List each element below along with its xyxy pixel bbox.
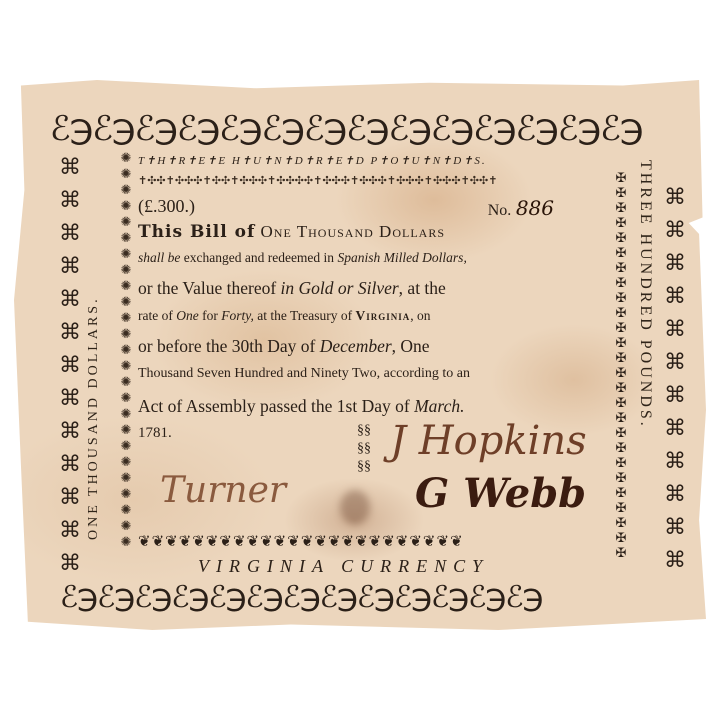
- cross-icon: ✠: [614, 245, 628, 260]
- text-segment: This Bill of: [138, 222, 255, 242]
- cross-icon: ✠: [614, 440, 628, 455]
- rosette-icon: ✺: [118, 198, 134, 214]
- rosette-icon: ✺: [118, 182, 134, 198]
- cross-icon: ✠: [614, 380, 628, 395]
- text-line: Thousand Seven Hundred and Ninety Two, a…: [138, 366, 614, 396]
- title-line: This Bill of One Thousand Dollars: [138, 222, 614, 250]
- text-line: shall be exchanged and redeemed in Spani…: [138, 250, 614, 278]
- text-segment: Act of Assembly passed the 1st Day of: [138, 396, 414, 416]
- ornament-icon: ⌘: [660, 246, 690, 279]
- ornament-icon: ⌘: [660, 411, 690, 444]
- currency-footer: VIRGINIA CURRENCY: [198, 556, 489, 577]
- cross-icon: ✠: [614, 320, 628, 335]
- ornament-icon: ⌘: [55, 381, 85, 414]
- rosette-icon: ✺: [118, 278, 134, 294]
- rosette-icon: ✺: [118, 390, 134, 406]
- ink-stain: [340, 490, 370, 525]
- ornament-icon: ⌘: [55, 480, 85, 513]
- text-segment: One Thousand Dollars: [261, 222, 445, 241]
- rosette-icon: ✺: [118, 166, 134, 182]
- text-segment: Spanish Milled Dollars,: [337, 250, 466, 265]
- rosette-icon: ✺: [118, 534, 134, 550]
- ornament-icon: ⌘: [55, 282, 85, 315]
- rosette-icon: ✺: [118, 342, 134, 358]
- rosette-icon: ✺: [118, 262, 134, 278]
- cross-icon: ✠: [614, 395, 628, 410]
- right-ornament-column: ⌘ ⌘ ⌘ ⌘ ⌘ ⌘ ⌘ ⌘ ⌘ ⌘ ⌘ ⌘: [660, 180, 690, 576]
- text-line: or before the 30th Day of December, One: [138, 336, 614, 366]
- ornament-icon: ⌘: [660, 477, 690, 510]
- ornament-icon: ⌘: [55, 546, 85, 579]
- fleuron-border-row: ❦❦❦❦❦❦❦❦❦❦❦❦❦❦❦❦❦❦❦❦❦❦❦❦: [138, 532, 614, 551]
- ornament-icon: ⌘: [660, 444, 690, 477]
- text-segment: Virginia: [355, 308, 410, 323]
- cross-icon: ✠: [614, 350, 628, 365]
- cross-icon: ✠: [614, 215, 628, 230]
- text-segment: One: [176, 308, 199, 323]
- scroll-ornament-icon: §§§§§§: [357, 422, 371, 476]
- cross-icon: ✠: [614, 485, 628, 500]
- text-segment: December: [320, 336, 392, 356]
- cross-icon: ✠: [614, 290, 628, 305]
- rosette-icon: ✺: [118, 150, 134, 166]
- signature-hopkins: J Hopkins: [390, 418, 587, 464]
- ornament-icon: ⌘: [55, 447, 85, 480]
- rosette-icon: ✺: [118, 518, 134, 534]
- rosette-icon: ✺: [118, 230, 134, 246]
- amount: (£.300.): [138, 196, 195, 222]
- text-segment: March.: [414, 396, 464, 416]
- top-ornamental-border: ℰ℈ℰ℈ℰ℈ℰ℈ℰ℈ℰ℈ℰ℈ℰ℈ℰ℈ℰ℈ℰ℈ℰ℈ℰ℈ℰ℈: [50, 108, 686, 150]
- ornament-icon: ⌘: [55, 414, 85, 447]
- text-segment: for: [199, 308, 222, 323]
- issue-year: 1781.: [138, 425, 172, 442]
- cross-icon: ✠: [614, 200, 628, 215]
- rosette-icon: ✺: [118, 294, 134, 310]
- text-segment: , One: [392, 336, 430, 356]
- ornament-icon: ⌘: [55, 348, 85, 381]
- text-segment: Forty,: [221, 308, 254, 323]
- cross-icon: ✠: [614, 500, 628, 515]
- text-segment: rate of: [138, 308, 176, 323]
- rosette-icon: ✺: [118, 374, 134, 390]
- cross-icon: ✠: [614, 530, 628, 545]
- rosette-icon: ✺: [118, 486, 134, 502]
- rosette-icon: ✺: [118, 246, 134, 262]
- rosette-icon: ✺: [118, 358, 134, 374]
- cross-icon: ✠: [614, 230, 628, 245]
- bottom-ornamental-border: ℰ℈ℰ℈ℰ℈ℰ℈ℰ℈ℰ℈ℰ℈ℰ℈ℰ℈ℰ℈ℰ℈ℰ℈ℰ℈: [60, 580, 690, 616]
- cross-icon: ✠: [614, 305, 628, 320]
- rosette-icon: ✺: [118, 214, 134, 230]
- cross-icon: ✠: [614, 410, 628, 425]
- ornament-icon: ⌘: [55, 315, 85, 348]
- ornament-icon: ⌘: [660, 213, 690, 246]
- rosette-icon: ✺: [118, 454, 134, 470]
- text-segment: or the Value thereof: [138, 278, 281, 298]
- cross-icon: ✠: [614, 275, 628, 290]
- serial-label: No.: [488, 202, 512, 219]
- text-segment: , on: [410, 308, 430, 323]
- left-vertical-denomination: ONE THOUSAND DOLLARS.: [86, 180, 102, 540]
- text-line: or the Value thereof in Gold or Silver, …: [138, 278, 614, 308]
- cross-icon: ✠: [614, 470, 628, 485]
- amount-row: (£.300.) No. 886: [138, 196, 614, 222]
- text-line: rate of One for Forty, at the Treasury o…: [138, 308, 614, 336]
- rosette-icon: ✺: [118, 310, 134, 326]
- ornament-icon: ⌘: [55, 513, 85, 546]
- text-segment: , at the: [399, 278, 446, 298]
- text-segment: or before the 30th Day of: [138, 336, 320, 356]
- text-segment: in Gold or Silver: [281, 278, 399, 298]
- cross-icon: ✠: [614, 335, 628, 350]
- rosette-icon: ✺: [118, 406, 134, 422]
- left-ornament-column: ⌘ ⌘ ⌘ ⌘ ⌘ ⌘ ⌘ ⌘ ⌘ ⌘ ⌘ ⌘ ⌘: [55, 150, 85, 579]
- serial-number: 886: [516, 196, 554, 220]
- ornament-icon: ⌘: [55, 150, 85, 183]
- signature-turner: Turner: [160, 470, 286, 511]
- text-segment: at the Treasury of: [254, 308, 356, 323]
- ornament-icon: ⌘: [660, 180, 690, 213]
- ornament-icon: ⌘: [55, 216, 85, 249]
- scroll-divider: §§§§§§: [357, 422, 371, 476]
- note-body: T✝H✝R✝E✝E H✝U✝N✝D✝R✝E✝D P✝O✝U✝N✝D✝S. ✝✣✣…: [138, 154, 614, 426]
- signature-webb: G Webb: [415, 470, 586, 517]
- ornament-icon: ⌘: [660, 279, 690, 312]
- rosette-icon: ✺: [118, 422, 134, 438]
- cross-column: ✠ ✠ ✠ ✠ ✠ ✠ ✠ ✠ ✠ ✠ ✠ ✠ ✠ ✠ ✠ ✠ ✠ ✠ ✠ ✠ …: [614, 170, 628, 560]
- cross-line: ✝✣✣✝✣✣✣✝✣✣✝✣✣✣✝✣✣✣✣✝✣✣✣✝✣✣✣✝✣✣✣✝✣✣✣✝✣✣✝: [138, 174, 614, 196]
- rosette-column: ✺ ✺ ✺ ✺ ✺ ✺ ✺ ✺ ✺ ✺ ✺ ✺ ✺ ✺ ✺ ✺ ✺ ✺ ✺ ✺ …: [118, 150, 134, 550]
- cross-icon: ✠: [614, 455, 628, 470]
- cross-icon: ✠: [614, 425, 628, 440]
- rosette-icon: ✺: [118, 502, 134, 518]
- cross-icon: ✠: [614, 185, 628, 200]
- ornament-icon: ⌘: [660, 510, 690, 543]
- serial: No. 886: [488, 196, 554, 222]
- rosette-icon: ✺: [118, 470, 134, 486]
- ornament-icon: ⌘: [660, 345, 690, 378]
- rosette-icon: ✺: [118, 326, 134, 342]
- ornament-icon: ⌘: [55, 249, 85, 282]
- text-segment: shall be: [138, 250, 180, 265]
- cross-icon: ✠: [614, 170, 628, 185]
- ornament-icon: ⌘: [660, 543, 690, 576]
- ornament-icon: ⌘: [55, 183, 85, 216]
- rosette-icon: ✺: [118, 438, 134, 454]
- cross-icon: ✠: [614, 260, 628, 275]
- header-line: T✝H✝R✝E✝E H✝U✝N✝D✝R✝E✝D P✝O✝U✝N✝D✝S.: [138, 154, 614, 174]
- right-vertical-denomination: THREE HUNDRED POUNDS.: [636, 160, 654, 580]
- cross-icon: ✠: [614, 545, 628, 560]
- text-segment: exchanged and redeemed in: [180, 250, 337, 265]
- cross-icon: ✠: [614, 365, 628, 380]
- ornament-icon: ⌘: [660, 312, 690, 345]
- ornament-icon: ⌘: [660, 378, 690, 411]
- cross-icon: ✠: [614, 515, 628, 530]
